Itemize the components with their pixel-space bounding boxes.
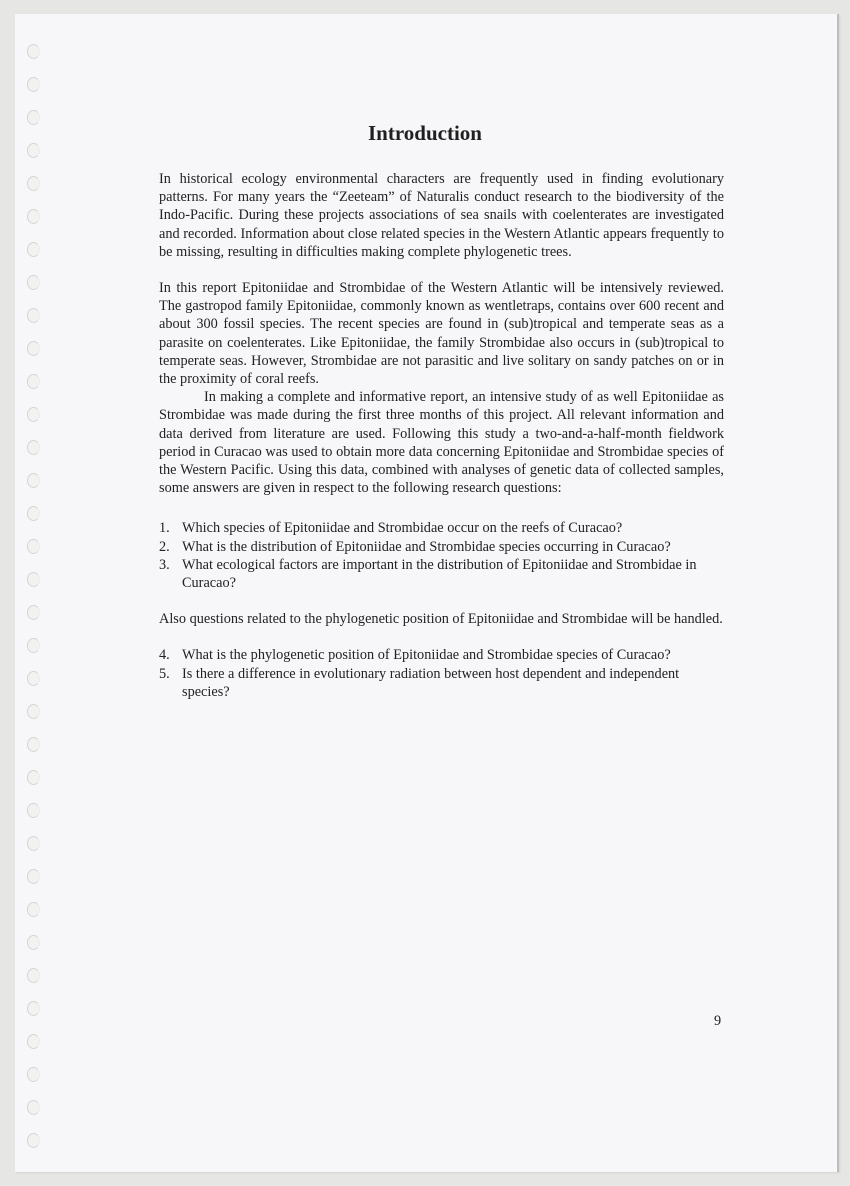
research-questions-list: 1. Which species of Epitoniidae and Stro…	[159, 519, 724, 592]
list-item-text: Is there a difference in evolutionary ra…	[182, 666, 679, 700]
binder-hole-icon	[27, 275, 40, 290]
binder-hole-icon	[27, 869, 40, 884]
list-item-text: What is the distribution of Epitoniidae …	[182, 539, 671, 555]
binder-hole-icon	[27, 1100, 40, 1115]
binder-hole-icon	[27, 77, 40, 92]
binder-hole-icon	[27, 440, 40, 455]
list-item-text: What ecological factors are important in…	[182, 557, 697, 591]
paragraph-methods: In making a complete and informative rep…	[159, 388, 724, 497]
binder-hole-icon	[27, 737, 40, 752]
page-number: 9	[714, 1013, 721, 1030]
binder-hole-icon	[27, 605, 40, 620]
list-item-text: Which species of Epitoniidae and Strombi…	[182, 520, 622, 536]
binder-hole-icon	[27, 209, 40, 224]
binder-hole-icon	[27, 671, 40, 686]
binder-hole-icon	[27, 374, 40, 389]
binder-hole-icon	[27, 803, 40, 818]
list-number: 2.	[159, 538, 170, 556]
binder-hole-icon	[27, 836, 40, 851]
list-item: 4. What is the phylogenetic position of …	[159, 646, 724, 664]
binder-hole-icon	[27, 1133, 40, 1148]
list-number: 3.	[159, 556, 170, 574]
list-item: 3. What ecological factors are important…	[159, 556, 724, 592]
binder-hole-icon	[27, 638, 40, 653]
list-number: 1.	[159, 519, 170, 537]
binder-hole-icon	[27, 176, 40, 191]
paragraph-families: In this report Epitoniidae and Strombida…	[159, 279, 724, 388]
phylogenetic-questions-list: 4. What is the phylogenetic position of …	[159, 646, 724, 701]
binder-hole-icon	[27, 44, 40, 59]
list-number: 5.	[159, 665, 170, 683]
binder-hole-icon	[27, 1001, 40, 1016]
binder-hole-icon	[27, 1067, 40, 1082]
binder-hole-icon	[27, 242, 40, 257]
document-body: In historical ecology environmental char…	[159, 170, 724, 701]
page-title: Introduction	[0, 121, 850, 146]
binder-hole-icon	[27, 1034, 40, 1049]
paragraph-intro: In historical ecology environmental char…	[159, 170, 724, 261]
binder-hole-icon	[27, 341, 40, 356]
list-item: 1. Which species of Epitoniidae and Stro…	[159, 519, 724, 537]
binder-hole-icon	[27, 572, 40, 587]
binder-hole-icon	[27, 902, 40, 917]
binder-hole-icon	[27, 704, 40, 719]
binder-hole-icon	[27, 539, 40, 554]
binder-hole-icon	[27, 308, 40, 323]
paragraph-phylogeny: Also questions related to the phylogenet…	[159, 610, 724, 628]
list-number: 4.	[159, 646, 170, 664]
binder-hole-icon	[27, 407, 40, 422]
binder-hole-icon	[27, 968, 40, 983]
binder-hole-icon	[27, 770, 40, 785]
list-item: 5. Is there a difference in evolutionary…	[159, 665, 724, 701]
binder-hole-icon	[27, 506, 40, 521]
list-item: 2. What is the distribution of Epitoniid…	[159, 538, 724, 556]
binder-hole-icon	[27, 473, 40, 488]
binder-hole-icon	[27, 935, 40, 950]
list-item-text: What is the phylogenetic position of Epi…	[182, 647, 671, 663]
